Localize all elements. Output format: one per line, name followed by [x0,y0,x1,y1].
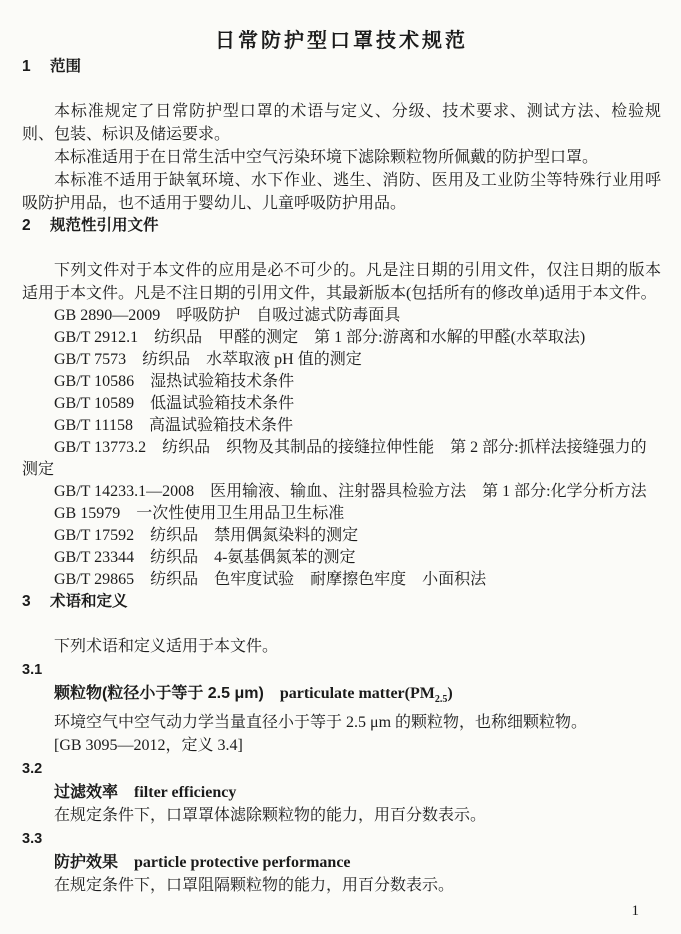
reference-item: GB/T 7573 纺织品 水萃取液 pH 值的测定 [22,349,661,371]
section-2-title: 规范性引用文件 [50,217,159,234]
section-1-heading: 1 范围 [22,56,661,78]
scope-paragraph-3: 本标准不适用于缺氧环境、水下作业、逃生、消防、医用及工业防尘等特殊行业用呼吸防护… [22,169,661,215]
term-3-1-source: [GB 3095—2012，定义 3.4] [22,734,661,757]
reference-item: GB 2890—2009 呼吸防护 自吸过滤式防毒面具 [22,305,661,327]
section-3-number: 3 [22,593,31,610]
term-3-3: 3.3 防护效果particle protective performance … [22,828,661,897]
term-3-2-english: filter efficiency [134,784,236,801]
term-3-1-title: 颗粒物(粒径小于等于 2.5 μm)particulate matter(PM2… [22,682,661,711]
reference-item: GB/T 29865 纺织品 色牢度试验 耐摩擦色牢度 小面积法 [22,569,661,591]
section-scope: 1 范围 本标准规定了日常防护型口罩的术语与定义、分级、技术要求、测试方法、检验… [22,56,661,215]
document-page: 日常防护型口罩技术规范 1 范围 本标准规定了日常防护型口罩的术语与定义、分级、… [0,0,681,897]
reference-item: GB/T 13773.2 纺织品 织物及其制品的接缝拉伸性能 第 2 部分:抓样… [22,437,661,481]
section-terms-definitions: 3 术语和定义 下列术语和定义适用于本文件。 3.1 颗粒物(粒径小于等于 2.… [22,591,661,897]
term-3-2-title: 过滤效率filter efficiency [22,781,661,804]
document-title: 日常防护型口罩技术规范 [22,14,661,56]
reference-item: GB/T 10586 湿热试验箱技术条件 [22,371,661,393]
term-3-2-chinese: 过滤效率 [54,784,118,801]
term-3-2-definition: 在规定条件下，口罩罩体滤除颗粒物的能力，用百分数表示。 [22,804,661,827]
term-3-2: 3.2 过滤效率filter efficiency 在规定条件下，口罩罩体滤除颗… [22,758,661,827]
term-3-3-title: 防护效果particle protective performance [22,851,661,874]
section-3-heading: 3 术语和定义 [22,591,661,613]
section-1-title: 范围 [50,58,81,75]
term-3-3-english: particle protective performance [134,854,351,871]
section-3-title: 术语和定义 [50,593,128,610]
references-intro: 下列文件对于本文件的应用是必不可少的。凡是注日期的引用文件，仅注日期的版本适用于… [22,259,661,305]
reference-item: GB/T 14233.1—2008 医用输液、输血、注射器具检验方法 第 1 部… [22,481,661,503]
term-3-1-definition: 环境空气中空气动力学当量直径小于等于 2.5 μm 的颗粒物，也称细颗粒物。 [22,711,661,734]
page-number: 1 [632,903,640,920]
term-3-1-chinese: 颗粒物(粒径小于等于 2.5 μm) [54,685,264,702]
reference-item: GB/T 23344 纺织品 4-氨基偶氮苯的测定 [22,547,661,569]
reference-item: GB/T 17592 纺织品 禁用偶氮染料的测定 [22,525,661,547]
scope-paragraph-1: 本标准规定了日常防护型口罩的术语与定义、分级、技术要求、测试方法、检验规则、包装… [22,100,661,146]
term-3-2-number: 3.2 [22,758,661,781]
term-3-1-english: particulate matter(PM2.5) [280,685,453,702]
reference-item: GB 15979 一次性使用卫生用品卫生标准 [22,503,661,525]
reference-item: GB/T 2912.1 纺织品 甲醛的测定 第 1 部分:游离和水解的甲醛(水萃… [22,327,661,349]
term-3-3-number: 3.3 [22,828,661,851]
reference-item: GB/T 10589 低温试验箱技术条件 [22,393,661,415]
section-1-number: 1 [22,58,31,75]
section-2-heading: 2 规范性引用文件 [22,215,661,237]
scope-paragraph-2: 本标准适用于在日常生活中空气污染环境下滤除颗粒物所佩戴的防护型口罩。 [22,146,661,169]
pm25-subscript: 2.5 [435,694,448,705]
term-3-1: 3.1 颗粒物(粒径小于等于 2.5 μm)particulate matter… [22,659,661,757]
terms-intro: 下列术语和定义适用于本文件。 [22,635,661,658]
section-normative-references: 2 规范性引用文件 下列文件对于本文件的应用是必不可少的。凡是注日期的引用文件，… [22,215,661,591]
term-3-3-chinese: 防护效果 [54,854,118,871]
reference-item: GB/T 11158 高温试验箱技术条件 [22,415,661,437]
term-3-3-definition: 在规定条件下，口罩阻隔颗粒物的能力，用百分数表示。 [22,874,661,897]
section-2-number: 2 [22,217,31,234]
term-3-1-number: 3.1 [22,659,661,682]
